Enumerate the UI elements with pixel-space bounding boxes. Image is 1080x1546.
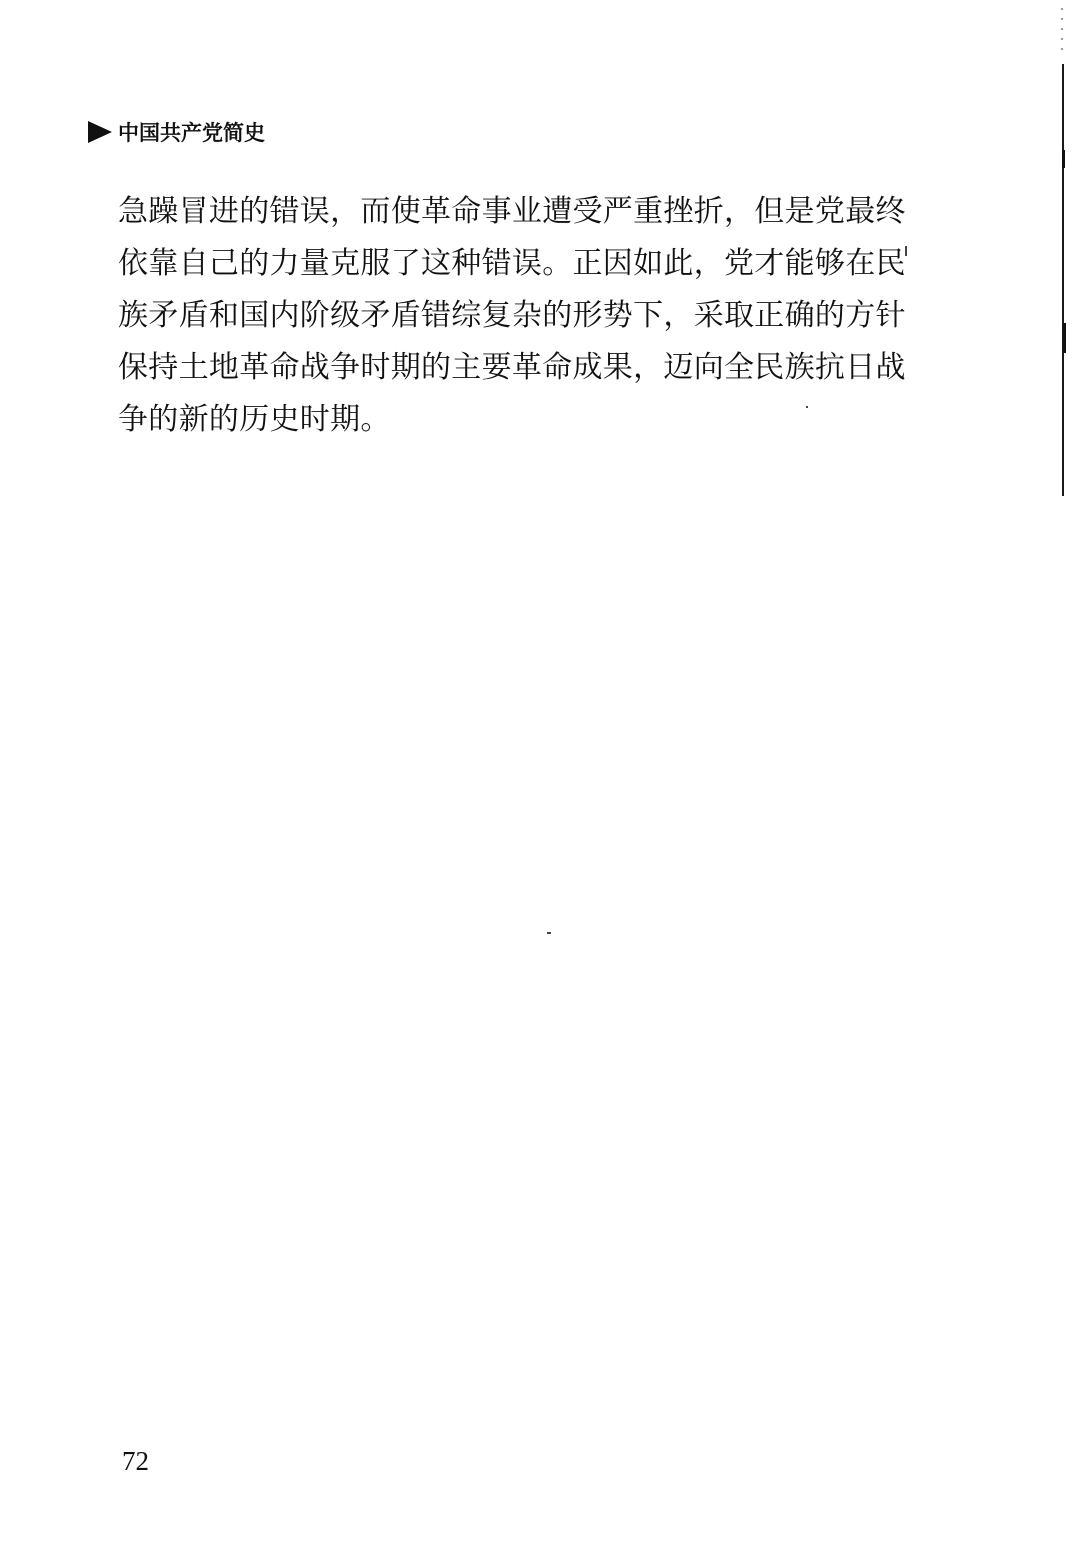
text-line: 急躁冒进的错误，而使革命事业遭受严重挫折，但是党最终 [118, 186, 918, 238]
scan-speck [905, 246, 907, 256]
body-paragraph: 急躁冒进的错误，而使革命事业遭受严重挫折，但是党最终 依靠自己的力量克服了这种错… [118, 186, 918, 446]
scan-edge-mark [1063, 323, 1066, 353]
scan-edge-mark [1062, 150, 1065, 168]
text-line: 保持土地革命战争时期的主要革命成果，迈向全民族抗日战 [118, 342, 918, 394]
scan-speck [806, 406, 808, 408]
text-line: 依靠自己的力量克服了这种错误。正因如此，党才能够在民 [118, 238, 918, 290]
scan-speck [547, 932, 551, 934]
right-triangle-icon [88, 121, 112, 143]
scan-edge-line [1062, 64, 1064, 496]
book-title: 中国共产党简史 [118, 117, 265, 147]
text-line: 争的新的历史时期。 [118, 394, 918, 446]
text-line: 族矛盾和国内阶级矛盾错综复杂的形势下，采取正确的方针 [118, 290, 918, 342]
scan-artifact-dots [1061, 8, 1063, 58]
page-number: 72 [122, 1446, 149, 1477]
running-header: 中国共产党简史 [88, 118, 265, 146]
